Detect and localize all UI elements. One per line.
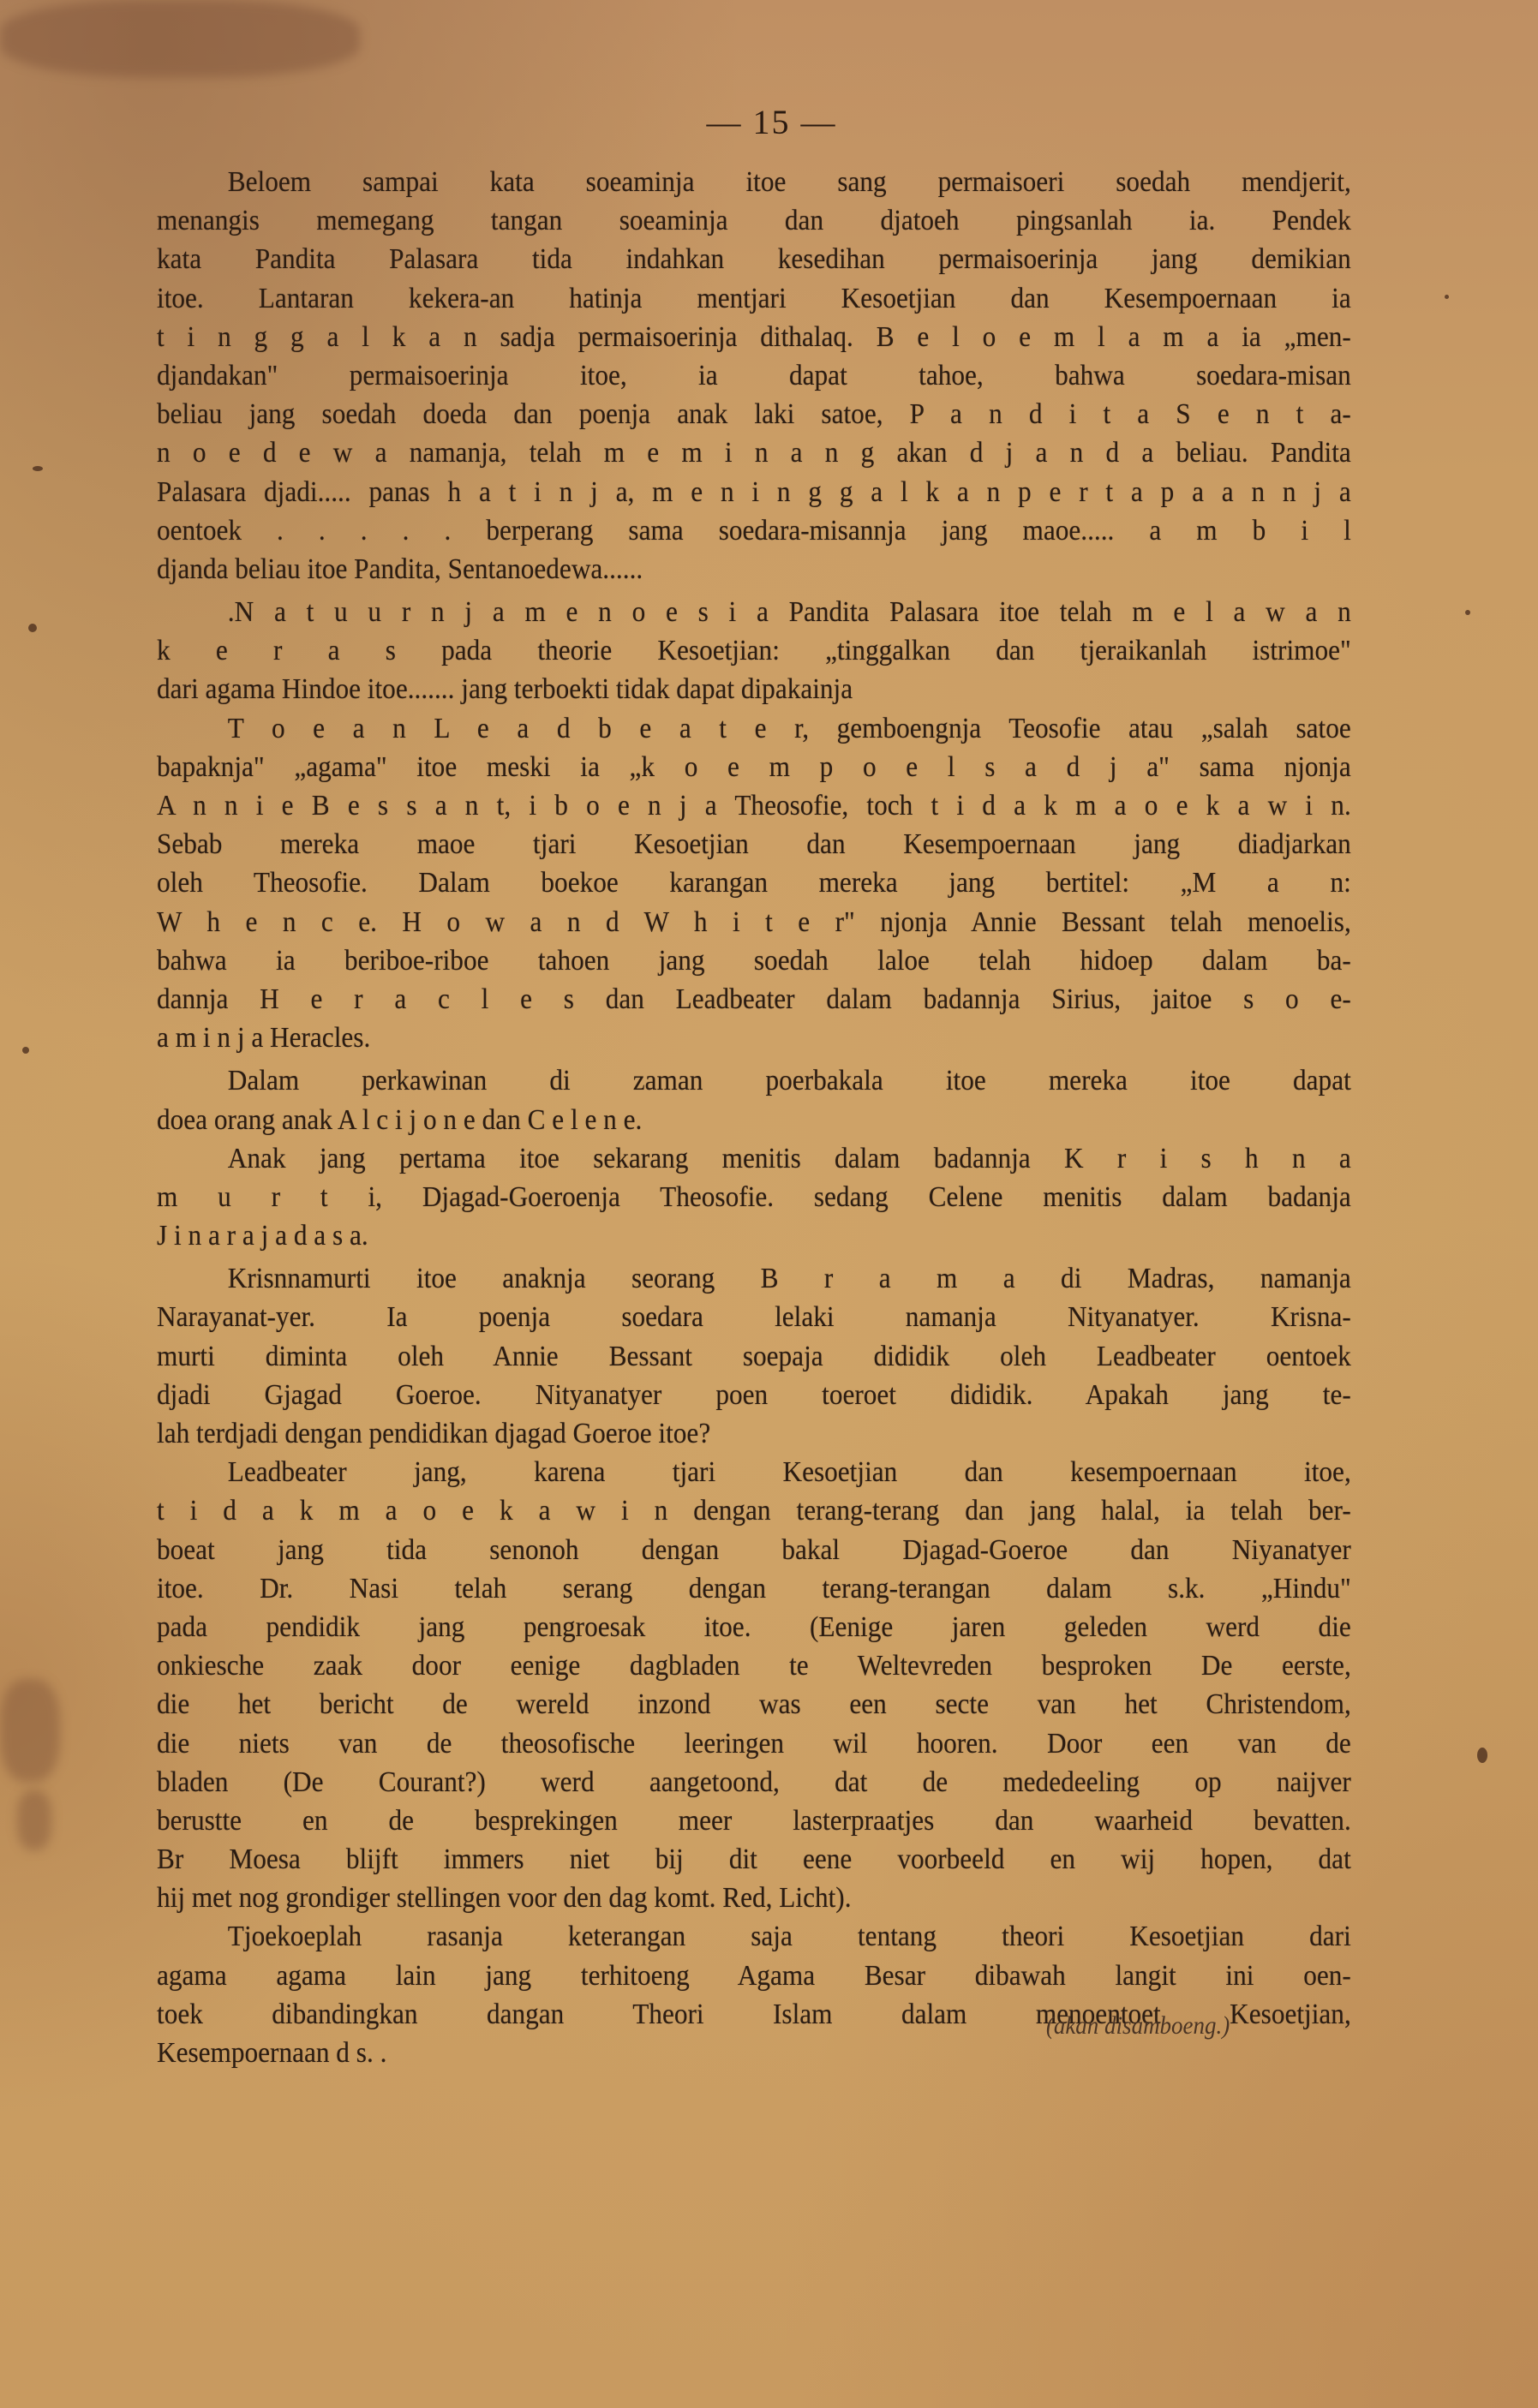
text-line: m u r t i, Djagad-Goeroenja Theosofie. s… — [157, 1178, 1351, 1216]
ink-speck — [33, 466, 43, 471]
text-line: menangis memegang tangan soeaminja dan d… — [157, 201, 1351, 240]
text-line: Palasara djadi..... panas h a t i n j a,… — [157, 473, 1351, 511]
text-line: .N a t u u r n j a m e n o e s i a Pandi… — [157, 593, 1351, 631]
paper-stain — [17, 1790, 51, 1850]
text-line: A n n i e B e s s a n t, i b o e n j a T… — [157, 786, 1351, 825]
text-line: oentoek . . . . . berperang sama soedara… — [157, 511, 1351, 550]
ink-speck — [1445, 295, 1449, 299]
text-line: Beloem sampai kata soeaminja itoe sang p… — [157, 163, 1351, 201]
ink-speck — [28, 624, 37, 632]
text-line: agama agama lain jang terhitoeng Agama B… — [157, 1957, 1351, 1995]
text-line: itoe. Dr. Nasi telah serang dengan teran… — [157, 1569, 1351, 1608]
document-page: — 15 — Beloem sampai kata soeaminja itoe… — [157, 101, 1352, 2072]
text-line: W h e n c e. H o w a n d W h i t e r" nj… — [157, 903, 1351, 941]
text-line: k e r a s pada theorie Kesoetjian: „ting… — [157, 631, 1351, 670]
text-line: murti diminta oleh Annie Bessant soepaja… — [157, 1337, 1351, 1376]
ink-speck — [1477, 1748, 1487, 1763]
paper-stain — [0, 0, 360, 77]
text-line: djadi Gjagad Goeroe. Nityanatyer poen to… — [157, 1376, 1351, 1414]
text-line: dannja H e r a c l e s dan Leadbeater da… — [157, 980, 1351, 1019]
text-line: T o e a n L e a d b e a t e r, gemboengn… — [157, 709, 1351, 748]
text-line: die het bericht de wereld inzond was een… — [157, 1685, 1351, 1724]
text-line: J i n a r a j a d a s a. — [157, 1216, 1351, 1255]
text-line: bahwa ia beriboe-riboe tahoen jang soeda… — [157, 941, 1351, 980]
text-line: Leadbeater jang, karena tjari Kesoetjian… — [157, 1453, 1351, 1491]
text-line: Tjoekoeplah rasanja keterangan saja tent… — [157, 1917, 1351, 1956]
text-line: bapaknja" „agama" itoe meski ia „k o e m… — [157, 748, 1351, 786]
text-line: kata Pandita Palasara tida indahkan kese… — [157, 240, 1351, 278]
body-text: Beloem sampai kata soeaminja itoe sang p… — [157, 163, 1352, 2072]
text-line: dari agama Hindoe itoe....... jang terbo… — [157, 670, 1351, 708]
text-line: Dalam perkawinan di zaman poerbakala ito… — [157, 1061, 1351, 1100]
text-line: t i n g g a l k a n sadja permaisoerinja… — [157, 318, 1351, 356]
text-line: die niets van de theosofische leeringen … — [157, 1724, 1351, 1763]
text-line: bladen (De Courant?) werd aangetoond, da… — [157, 1763, 1351, 1802]
text-line: Sebab mereka maoe tjari Kesoetjian dan K… — [157, 825, 1351, 863]
text-line: lah terdjadi dengan pendidikan djagad Go… — [157, 1414, 1351, 1453]
text-line: Br Moesa blijft immers niet bij dit eene… — [157, 1840, 1351, 1879]
text-line: Anak jang pertama itoe sekarang menitis … — [157, 1139, 1351, 1178]
text-line: oleh Theosofie. Dalam boekoe karangan me… — [157, 863, 1351, 902]
text-line: n o e d e w a namanja, telah m e m i n a… — [157, 433, 1351, 472]
text-line: djandakan" permaisoerinja itoe, ia dapat… — [157, 356, 1351, 395]
text-line: hij met nog grondiger stellingen voor de… — [157, 1879, 1351, 1917]
ink-speck — [22, 1047, 29, 1054]
text-line: pada pendidik jang pengroesak itoe. (Een… — [157, 1608, 1351, 1646]
text-line: t i d a k m a o e k a w i n dengan teran… — [157, 1491, 1351, 1530]
continued-note: (akan disamboeng.) — [1046, 2011, 1230, 2041]
ink-speck — [1465, 610, 1470, 615]
text-line: Krisnnamurti itoe anaknja seorang B r a … — [157, 1259, 1351, 1298]
page-number: — 15 — — [157, 101, 1352, 144]
text-line: berustte en de besprekingen meer lasterp… — [157, 1802, 1351, 1840]
text-line: boeat jang tida senonoh dengan bakal Dja… — [157, 1531, 1351, 1569]
text-line: Narayanat-yer. Ia poenja soedara lelaki … — [157, 1298, 1351, 1336]
text-line: itoe. Lantaran kekera-an hatinja mentjar… — [157, 279, 1351, 318]
text-line: onkiesche zaak door eenige dagbladen te … — [157, 1646, 1351, 1685]
text-line: djanda beliau itoe Pandita, Sentanoedewa… — [157, 550, 1351, 589]
text-line: doea orang anak A l c i j o n e dan C e … — [157, 1101, 1351, 1139]
paper-stain — [0, 1679, 60, 1782]
text-line: beliau jang soedah doeda dan poenja anak… — [157, 395, 1351, 433]
text-line: a m i n j a Heracles. — [157, 1019, 1351, 1057]
